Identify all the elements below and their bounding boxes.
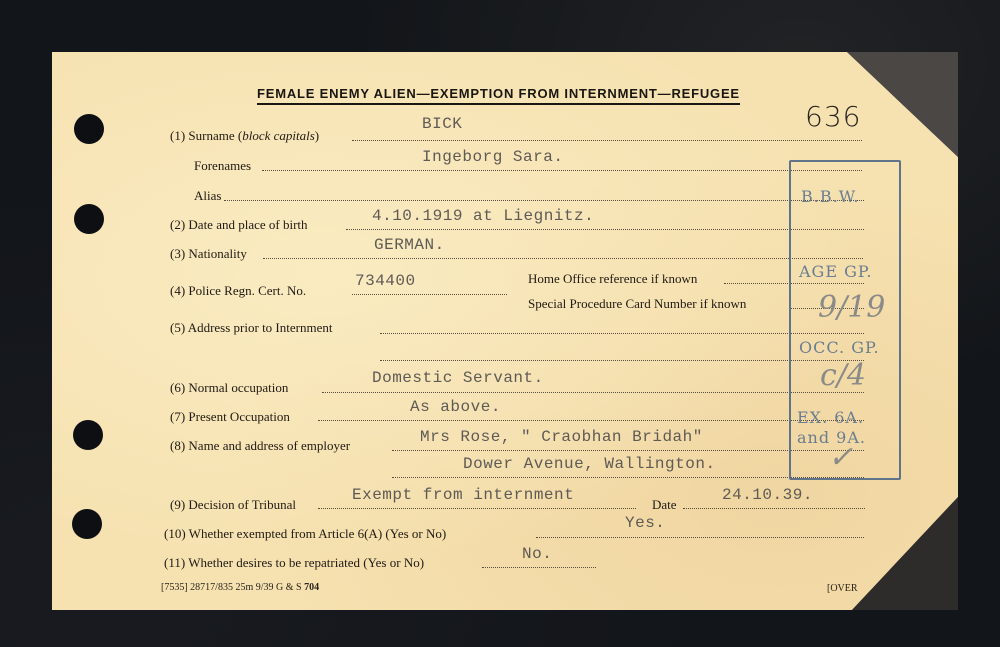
forenames-label: Forenames <box>194 158 251 174</box>
birth-line <box>346 229 864 230</box>
alias-label: Alias <box>194 188 221 204</box>
stamp-exemption: EX. 6A. <box>797 408 864 427</box>
punch-hole <box>72 509 102 539</box>
card-title: FEMALE ENEMY ALIEN—EXEMPTION FROM INTERN… <box>257 86 740 105</box>
surname-line <box>352 140 862 141</box>
stamp-occupation-group: OCC. GP. <box>799 338 880 357</box>
birth-value: 4.10.1919 at Liegnitz. <box>372 207 594 225</box>
tribunal-label: (9) Decision of Tribunal <box>170 497 296 513</box>
forenames-line <box>262 170 862 171</box>
present-occupation-line <box>318 420 864 421</box>
article-6a-value: Yes. <box>625 514 665 532</box>
employer-value-line2: Dower Avenue, Wallington. <box>463 455 716 473</box>
article-6a-label: (10) Whether exempted from Article 6(A) … <box>164 526 446 542</box>
nationality-value: GERMAN. <box>374 236 445 254</box>
normal-occupation-label: (6) Normal occupation <box>170 380 288 396</box>
punch-hole <box>74 114 104 144</box>
present-occupation-value: As above. <box>410 398 501 416</box>
home-office-ref-label: Home Office reference if known <box>528 271 697 287</box>
punch-hole <box>73 420 103 450</box>
surname-label: (1) Surname (block capitals) <box>170 128 319 144</box>
tribunal-value: Exempt from internment <box>352 486 574 504</box>
alias-line <box>224 200 864 201</box>
tribunal-date-value: 24.10.39. <box>722 486 813 504</box>
pencil-check-mark-icon: ✓ <box>828 440 853 475</box>
pencil-occupation-note: c/4 <box>820 358 866 393</box>
address-label: (5) Address prior to Internment <box>170 320 332 336</box>
surname-value: BICK <box>422 115 462 133</box>
article-6a-line <box>536 537 864 538</box>
present-occupation-label: (7) Present Occupation <box>170 409 290 425</box>
tribunal-line <box>318 508 636 509</box>
serial-number: 636 <box>805 100 861 133</box>
tribunal-date-line <box>683 508 865 509</box>
repatriated-line <box>482 567 596 568</box>
employer-value-line1: Mrs Rose, " Craobhan Bridah" <box>420 428 703 446</box>
punch-hole <box>74 204 104 234</box>
police-cert-label: (4) Police Regn. Cert. No. <box>170 283 306 299</box>
repatriated-value: No. <box>522 545 552 563</box>
print-code: [7535] 28717/835 25m 9/39 G & S 704 <box>161 582 319 593</box>
tribunal-date-label: Date <box>652 497 677 513</box>
employer-label: (8) Name and address of employer <box>170 438 350 454</box>
forenames-value: Ingeborg Sara. <box>422 148 563 166</box>
special-procedure-label: Special Procedure Card Number if known <box>528 296 746 312</box>
nationality-label: (3) Nationality <box>170 246 247 262</box>
police-cert-line <box>352 294 507 295</box>
normal-occupation-line <box>322 392 864 393</box>
repatriated-label: (11) Whether desires to be repatriated (… <box>164 555 424 571</box>
stamp-bbw: B.B.W. <box>801 187 859 206</box>
pencil-age-group-note: 9/19 <box>818 290 885 325</box>
nationality-line <box>263 258 863 259</box>
police-cert-value: 734400 <box>355 272 416 290</box>
over-label: [OVER <box>827 583 858 594</box>
normal-occupation-value: Domestic Servant. <box>372 369 544 387</box>
birth-label: (2) Date and place of birth <box>170 217 308 233</box>
stamp-age-group: AGE GP. <box>799 262 873 281</box>
